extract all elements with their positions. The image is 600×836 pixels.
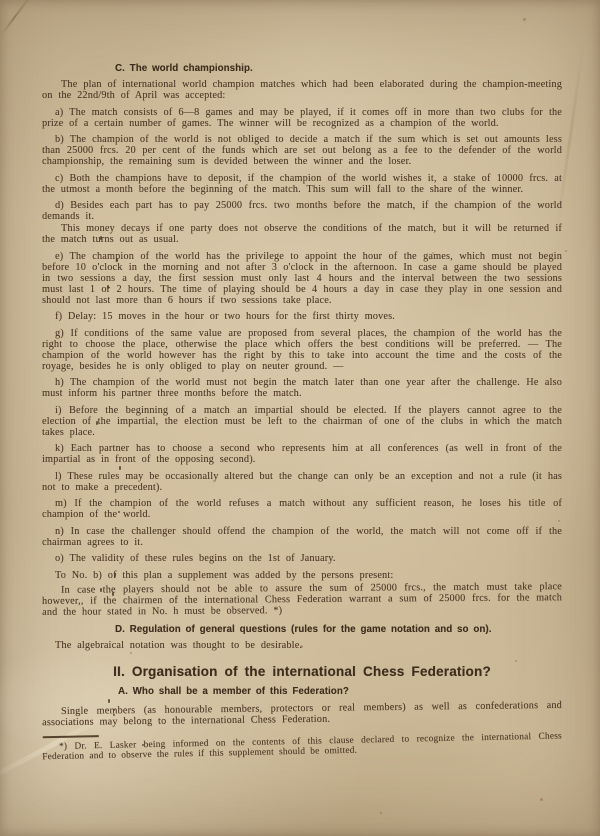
clause-c: c) Both the champions have to deposit, i… xyxy=(42,173,562,195)
clause-a: a) The match consists of 6—8 games and m… xyxy=(42,107,562,129)
intro-paragraph: The plan of international world champion… xyxy=(42,79,562,101)
supplement-paragraph: In case the players should not be able t… xyxy=(42,581,562,618)
clause-l: l) These rules may be occasionally alter… xyxy=(42,471,562,493)
section-c-heading: C. The world championship. xyxy=(115,63,562,74)
membership-paragraph: Single members (as honourable members, p… xyxy=(42,699,562,727)
section-ii-heading: II. Organisation of the international Ch… xyxy=(42,664,562,679)
clause-f: f) Delay: 15 moves in the hour or two ho… xyxy=(42,311,562,322)
section-a-heading: A. Who shall be a member of this Federat… xyxy=(118,686,562,697)
algebraic-note: The algebraical notation was thought to … xyxy=(42,640,562,651)
clause-m: m) If the champion of the world refuses … xyxy=(42,498,562,520)
footnote-rule xyxy=(43,735,99,738)
clause-o: o) The validity of these rules begins on… xyxy=(42,553,562,564)
footnote-text: *) Dr. E. Lasker being informed on the c… xyxy=(42,730,562,762)
foxing-spot xyxy=(380,812,382,814)
clause-b: b) The champion of the world is not obli… xyxy=(42,134,562,167)
clause-e: e) The champion of the world has the pri… xyxy=(42,251,562,306)
clause-d: d) Besides each part has to pay 25000 fr… xyxy=(42,200,562,222)
foxing-spot xyxy=(540,798,543,801)
money-clause: This money decays if one party does not … xyxy=(42,223,562,245)
clause-k: k) Each partner has to choose a second w… xyxy=(42,443,562,465)
clause-g: g) If conditions of the same value are p… xyxy=(42,328,562,372)
clause-h: h) The champion of the world must not be… xyxy=(42,377,562,399)
document-content: C. The world championship. The plan of i… xyxy=(0,0,600,759)
section-d-heading: D. Regulation of general questions (rule… xyxy=(115,624,562,635)
scanned-document-page: C. The world championship. The plan of i… xyxy=(0,0,600,836)
to-no-b-line: To No. b) of this plan a supplement was … xyxy=(42,570,562,581)
footnote-block: *) Dr. E. Lasker being informed on the c… xyxy=(42,725,562,762)
clause-i: i) Before the beginning of a match an im… xyxy=(42,405,562,438)
clause-n: n) In case the challenger should offend … xyxy=(42,526,562,548)
